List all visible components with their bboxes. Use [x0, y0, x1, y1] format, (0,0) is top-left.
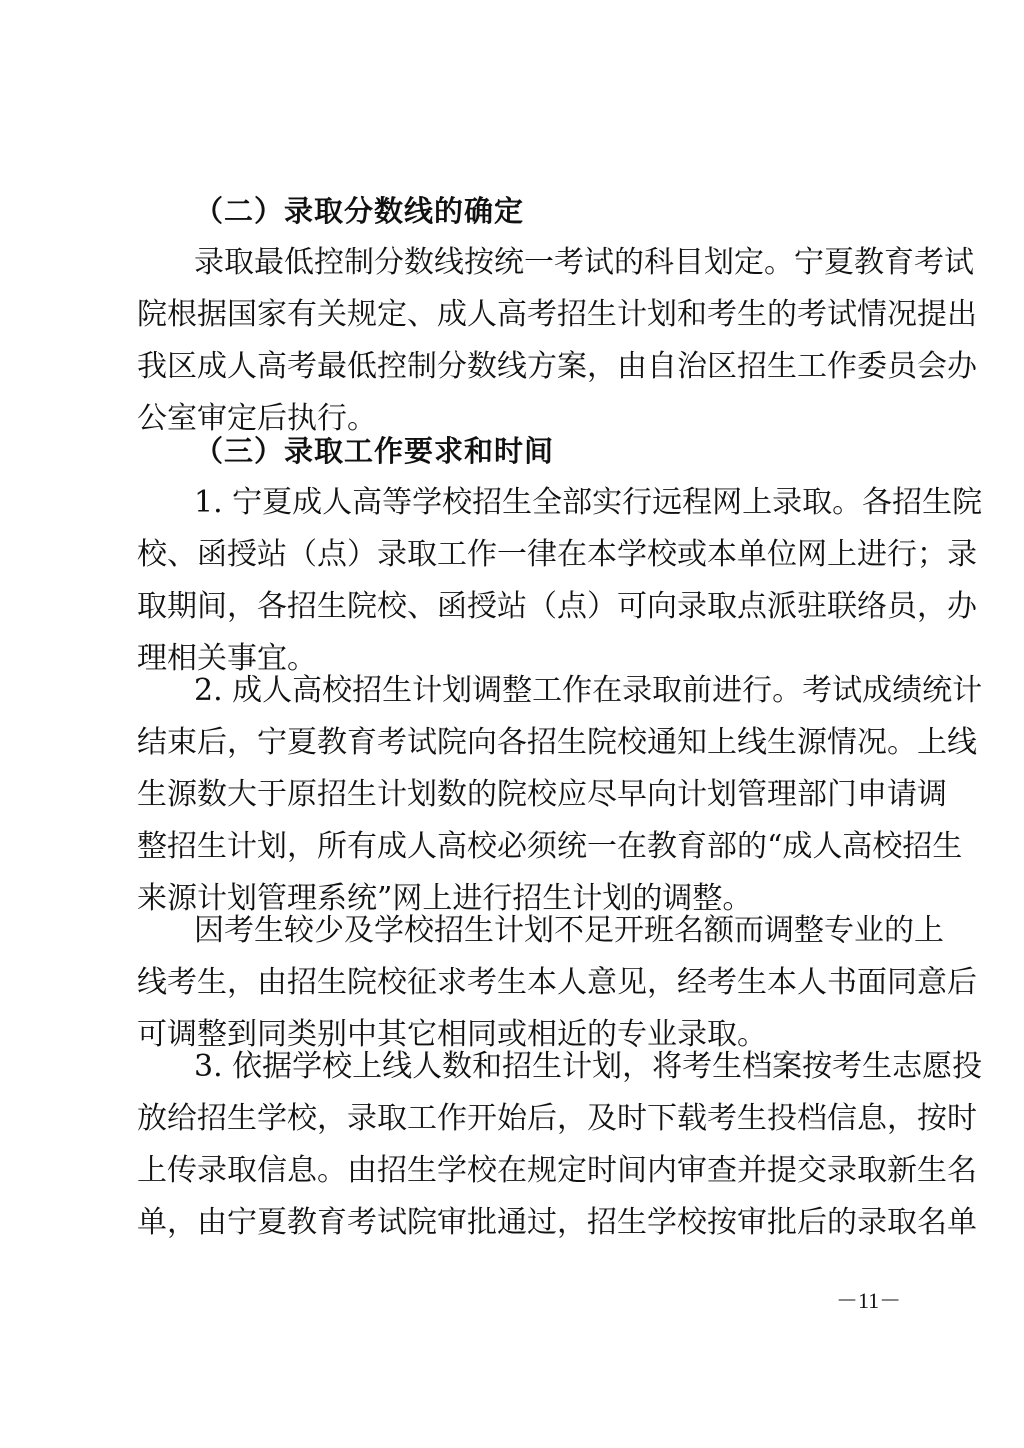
paragraph-line: 上传录取信息。由招生学校在规定时间内审查并提交录取新生名 — [137, 1145, 897, 1197]
paragraph-line: 3. 依据学校上线人数和招生计划，将考生档案按考生志愿投 — [194, 1041, 897, 1093]
paragraph-line: 校、函授站（点）录取工作一律在本学校或本单位网上进行；录 — [137, 529, 897, 581]
paragraph-line: 取期间，各招生院校、函授站（点）可向录取点派驻联络员，办 — [137, 581, 897, 633]
paragraph-line: 录取最低控制分数线按统一考试的科目划定。宁夏教育考试 — [194, 237, 897, 289]
paragraph-line: 结束后，宁夏教育考试院向各招生院校通知上线生源情况。上线 — [137, 717, 897, 769]
paragraph-line: 1. 宁夏成人高等学校招生全部实行远程网上录取。各招生院 — [194, 477, 897, 529]
page-number: －11－ — [836, 1286, 901, 1316]
paragraph-line: 院根据国家有关规定、成人高考招生计划和考生的考试情况提出 — [137, 289, 897, 341]
paragraph-line: 2. 成人高校招生计划调整工作在录取前进行。考试成绩统计 — [194, 665, 897, 717]
section-heading-admission-requirements: （三）录取工作要求和时间 — [194, 425, 554, 477]
paragraph-line: 单，由宁夏教育考试院审批通过，招生学校按审批后的录取名单 — [137, 1197, 897, 1249]
document-page: （二）录取分数线的确定 录取最低控制分数线按统一考试的科目划定。宁夏教育考试 院… — [0, 0, 1024, 1448]
paragraph-line: 因考生较少及学校招生计划不足开班名额而调整专业的上 — [194, 905, 897, 957]
paragraph-line: 线考生，由招生院校征求考生本人意见，经考生本人书面同意后 — [137, 957, 897, 1009]
section-heading-admission-score-line: （二）录取分数线的确定 — [194, 185, 524, 237]
paragraph-line: 整招生计划，所有成人高校必须统一在教育部的“成人高校招生 — [137, 821, 897, 873]
paragraph-line: 生源数大于原招生计划数的院校应尽早向计划管理部门申请调 — [137, 769, 897, 821]
paragraph-line: 放给招生学校，录取工作开始后，及时下载考生投档信息，按时 — [137, 1093, 897, 1145]
paragraph-line: 我区成人高考最低控制分数线方案，由自治区招生工作委员会办 — [137, 341, 897, 393]
